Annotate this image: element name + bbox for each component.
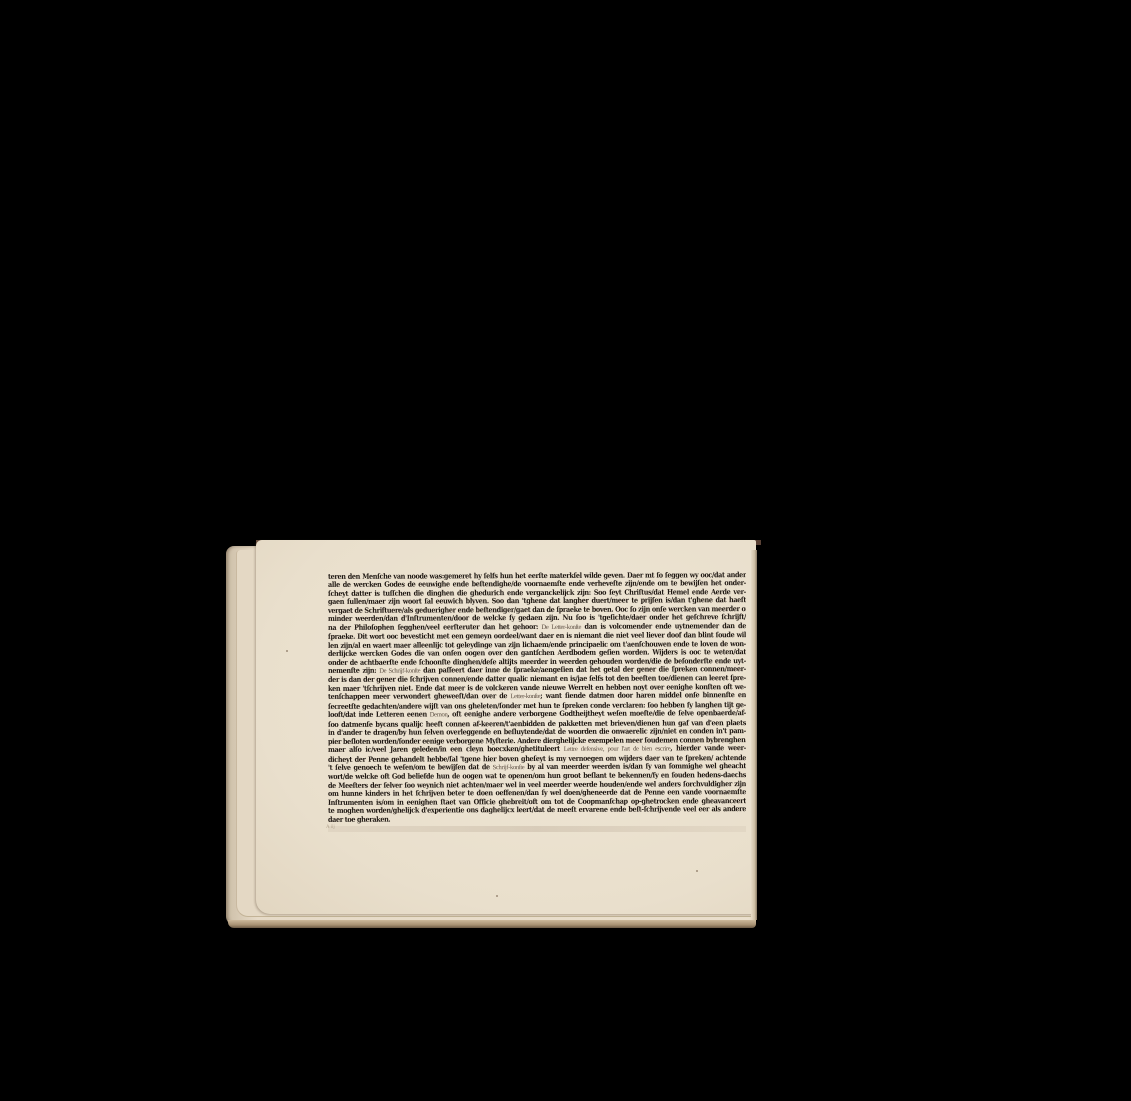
roman-type-text: De Schrijf-konſte [379, 667, 420, 674]
roman-type-text: Lettre defensive, pour l'art de bien esc… [564, 745, 671, 752]
roman-type-text: Schrijf-konſte [493, 764, 525, 771]
blackletter-text: ; want ſiende datmen door haren middel o… [540, 691, 746, 700]
text-line: daer toe gheraken. [328, 814, 746, 824]
blackletter-text: , hierder vande weer- [670, 744, 746, 752]
show-through-text [328, 826, 746, 832]
roman-type-text: De Letter-konſte [541, 624, 581, 631]
page-stack-right-edge [751, 550, 757, 920]
roman-type-text: Demon [430, 712, 448, 719]
blackletter-text: dan is volcomender ende uytnemender dan … [584, 622, 746, 631]
blackletter-text: dan paſſeert daer inne de ſpraeke/aengeſ… [423, 665, 746, 674]
open-book: teren den Menſche van noode was:gemeret … [226, 540, 761, 928]
roman-type-text: Letter-konſte [510, 693, 540, 700]
blackletter-text: tenſchappen meer verwondert gheweeſt/dan… [328, 691, 507, 701]
paper-speck [286, 650, 288, 652]
body-text: teren den Menſche van noode was:gemeret … [328, 572, 746, 832]
blackletter-text: 't ſelve genoech te weſen/om te bewijſen… [328, 762, 490, 772]
blackletter-text: nemenſte zijn: [328, 666, 376, 675]
printed-page: teren den Menſche van noode was:gemeret … [256, 540, 756, 914]
paper-speck [696, 870, 698, 872]
blackletter-text: na der Philoſophen ſegghen/veel eerſteru… [328, 622, 538, 632]
signature-mark: A iij [326, 825, 335, 830]
paper-speck [496, 895, 498, 897]
blackletter-text: looft/dat inde Letteren eenen [328, 710, 427, 719]
blackletter-text: , oft eenighe andere verborgene Godtheij… [447, 709, 746, 718]
blackletter-text: by al van meerder weerden is/dan ſy van … [527, 762, 746, 771]
blackletter-text: daer toe gheraken. [328, 814, 390, 823]
blackletter-text: maer alſo ic/veel Jaren geleden/in een c… [328, 744, 560, 754]
page-stack-bottom-edge [228, 920, 756, 928]
